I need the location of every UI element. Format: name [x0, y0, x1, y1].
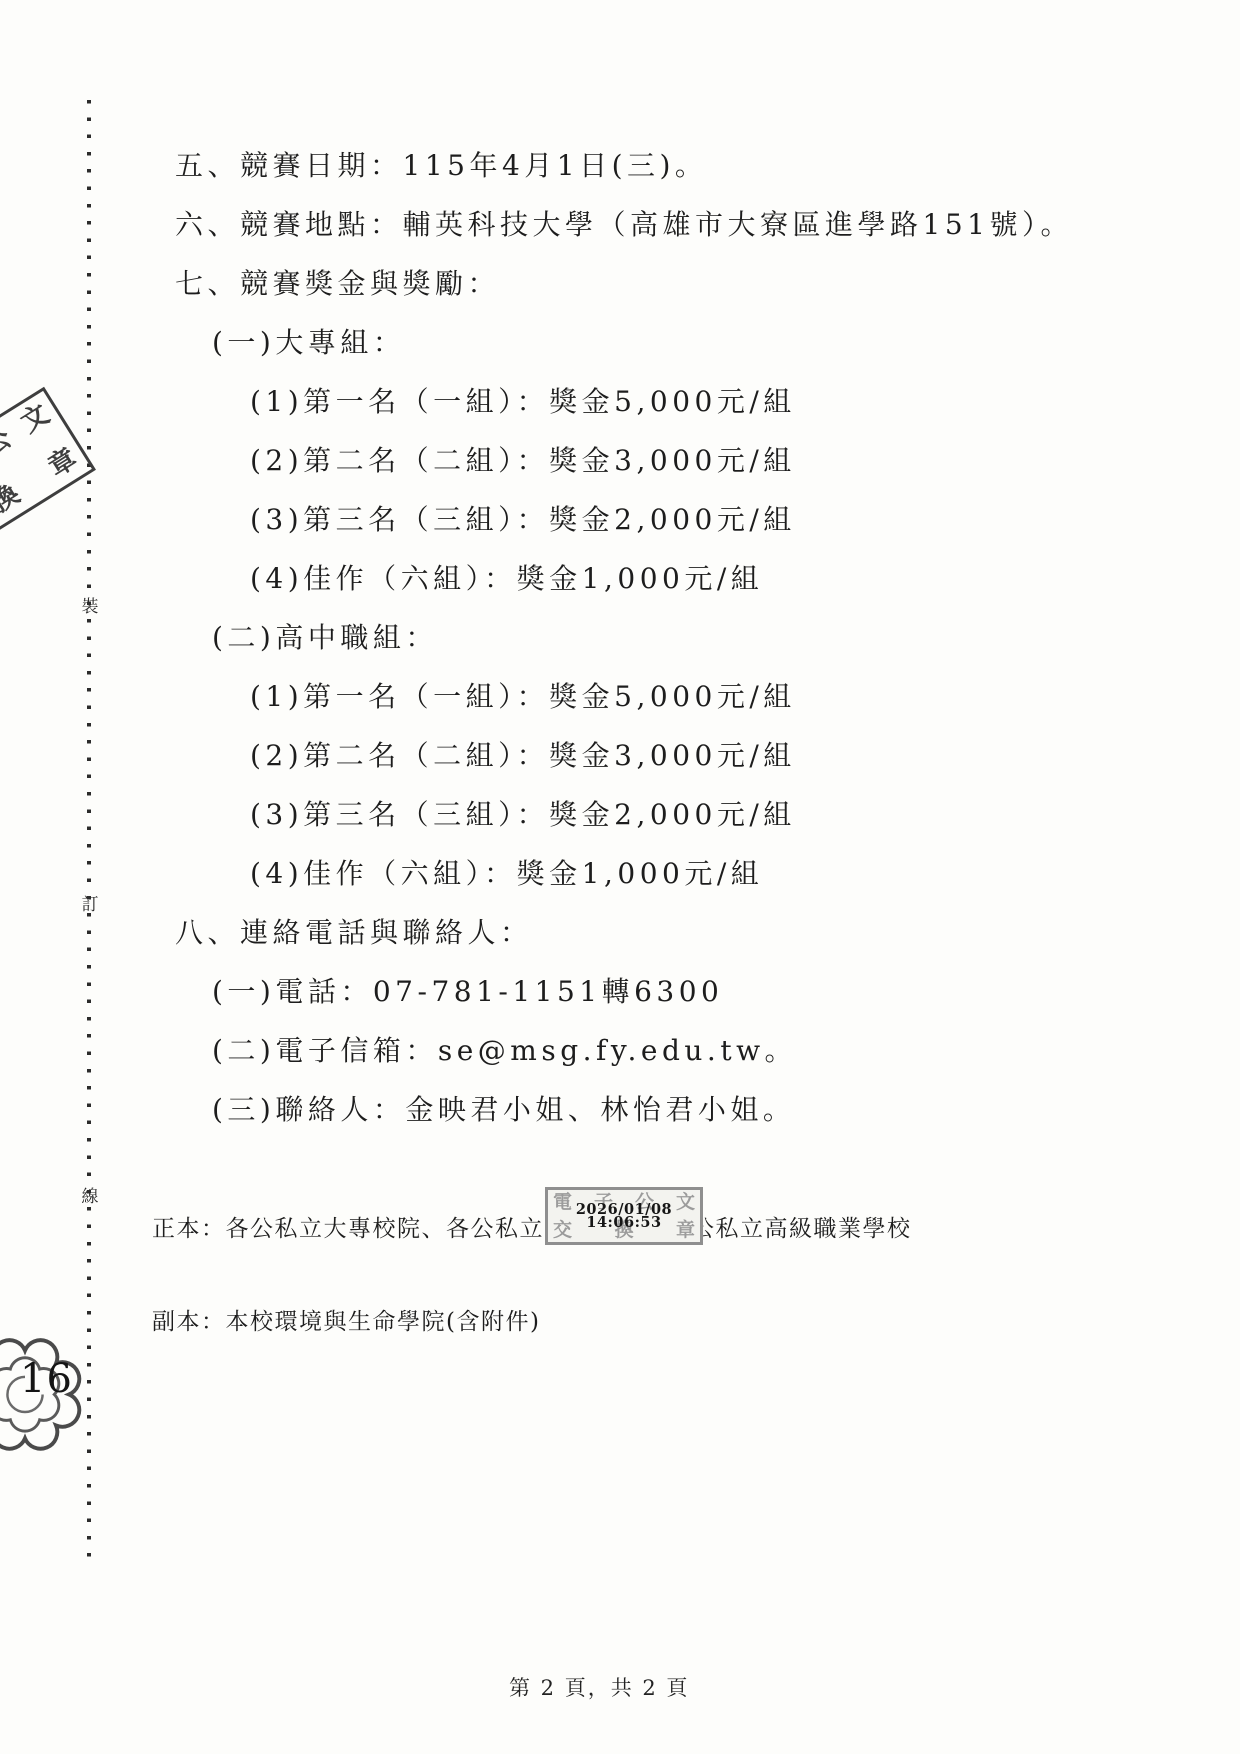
- document-line: (二)高中職組：: [0, 606, 1240, 665]
- document-line: (2)第二名（二組）：獎金3,000元/組: [0, 429, 1240, 488]
- document-line: (4)佳作（六組）：獎金1,000元/組: [0, 842, 1240, 901]
- document-line: 五、競賽日期：115年4月1日(三)。: [0, 134, 1240, 193]
- distribution-copy: 副本：本校環境與生命學院(含附件): [152, 1307, 912, 1338]
- document-line: (2)第二名（二組）：獎金3,000元/組: [0, 724, 1240, 783]
- distribution-block: 正本：各公私立大專校院、各公私立高級中學、各公私立高級職業學校 副本：本校環境與…: [152, 1152, 912, 1400]
- document-line: (一)電話：07-781-1151轉6300: [0, 960, 1240, 1019]
- page-footer: 第 2 頁，共 2 頁: [509, 1672, 689, 1702]
- document-line: (3)第三名（三組）：獎金2,000元/組: [0, 488, 1240, 547]
- document-line: (一)大專組：: [0, 311, 1240, 370]
- document-line: (3)第三名（三組）：獎金2,000元/組: [0, 783, 1240, 842]
- document-line: (1)第一名（一組）：獎金5,000元/組: [0, 665, 1240, 724]
- document-line: 六、競賽地點：輔英科技大學（高雄市大寮區進學路151號）。: [0, 193, 1240, 252]
- electronic-exchange-stamp: 電子公文 交換章 2026/01/08 14:06:53: [545, 1187, 703, 1245]
- binding-mark-xian: 線: [79, 1187, 101, 1207]
- document-line: 七、競賽獎金與獎勵：: [0, 252, 1240, 311]
- page-edge-number: 16: [20, 1356, 73, 1402]
- document-body: 五、競賽日期：115年4月1日(三)。 六、競賽地點：輔英科技大學（高雄市大寮區…: [0, 134, 1240, 1137]
- document-line: 八、連絡電話與聯絡人：: [0, 901, 1240, 960]
- document-line: (二)電子信箱：se@msg.fy.edu.tw。: [0, 1019, 1240, 1078]
- document-line: (4)佳作（六組）：獎金1,000元/組: [0, 547, 1240, 606]
- exchange-stamp-timestamp: 2026/01/08 14:06:53: [548, 1190, 700, 1242]
- document-page: 裝 訂 線 電子公文 交換章 五、競賽日期：115年4月1日(三)。 六、競賽地…: [0, 0, 1240, 1754]
- distribution-original: 正本：各公私立大專校院、各公私立高級中學、各公私立高級職業學校: [152, 1214, 912, 1245]
- document-line: (三)聯絡人：金映君小姐、林怡君小姐。: [0, 1078, 1240, 1137]
- document-line: (1)第一名（一組）：獎金5,000元/組: [0, 370, 1240, 429]
- exchange-stamp-time: 14:06:53: [586, 1216, 661, 1230]
